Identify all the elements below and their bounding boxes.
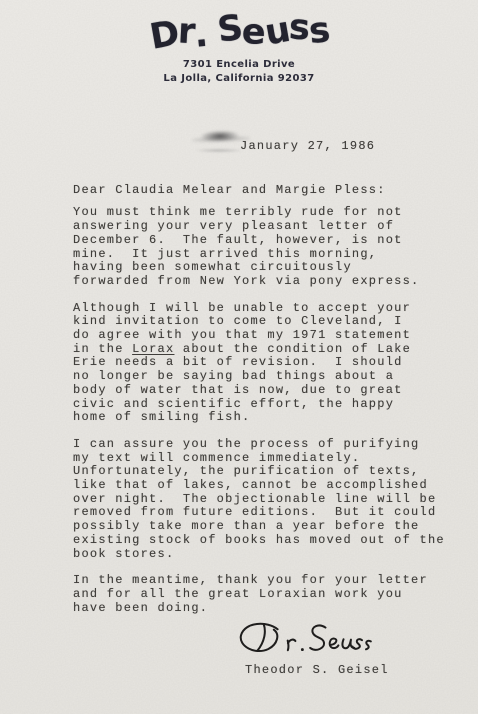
date-line: January 27, 1986 <box>240 140 465 154</box>
letterhead-address-line2: La Jolla, California 92037 <box>0 72 478 86</box>
letterhead-logo: Dr. Seuss <box>149 11 329 52</box>
typed-signature-name: Theodor S. Geisel <box>245 664 465 678</box>
letterhead: Dr. Seuss 7301 Encelia Drive La Jolla, C… <box>0 14 478 86</box>
letter-page: Dr. Seuss 7301 Encelia Drive La Jolla, C… <box>0 0 478 714</box>
letterhead-address-line1: 7301 Encelia Drive <box>0 58 478 72</box>
paragraph-2: Although I will be unable to accept your… <box>73 302 465 425</box>
paragraph-3: I can assure you the process of purifyin… <box>73 438 465 561</box>
salutation: Dear Claudia Melear and Margie Pless: <box>73 184 465 198</box>
signature-dr-seuss-handwriting <box>233 620 381 662</box>
paragraph-4: In the meantime, thank you for your lett… <box>73 574 465 615</box>
letter-body: January 27, 1986 Dear Claudia Melear and… <box>73 140 465 678</box>
ink-smudge-streak <box>186 148 252 153</box>
paragraph-1: You must think me terribly rude for not … <box>73 206 465 288</box>
ink-smudge <box>192 125 251 149</box>
lorax-underlined-title: Lorax <box>132 342 174 356</box>
letterhead-address: 7301 Encelia Drive La Jolla, California … <box>0 58 478 86</box>
signature-block <box>233 620 465 662</box>
